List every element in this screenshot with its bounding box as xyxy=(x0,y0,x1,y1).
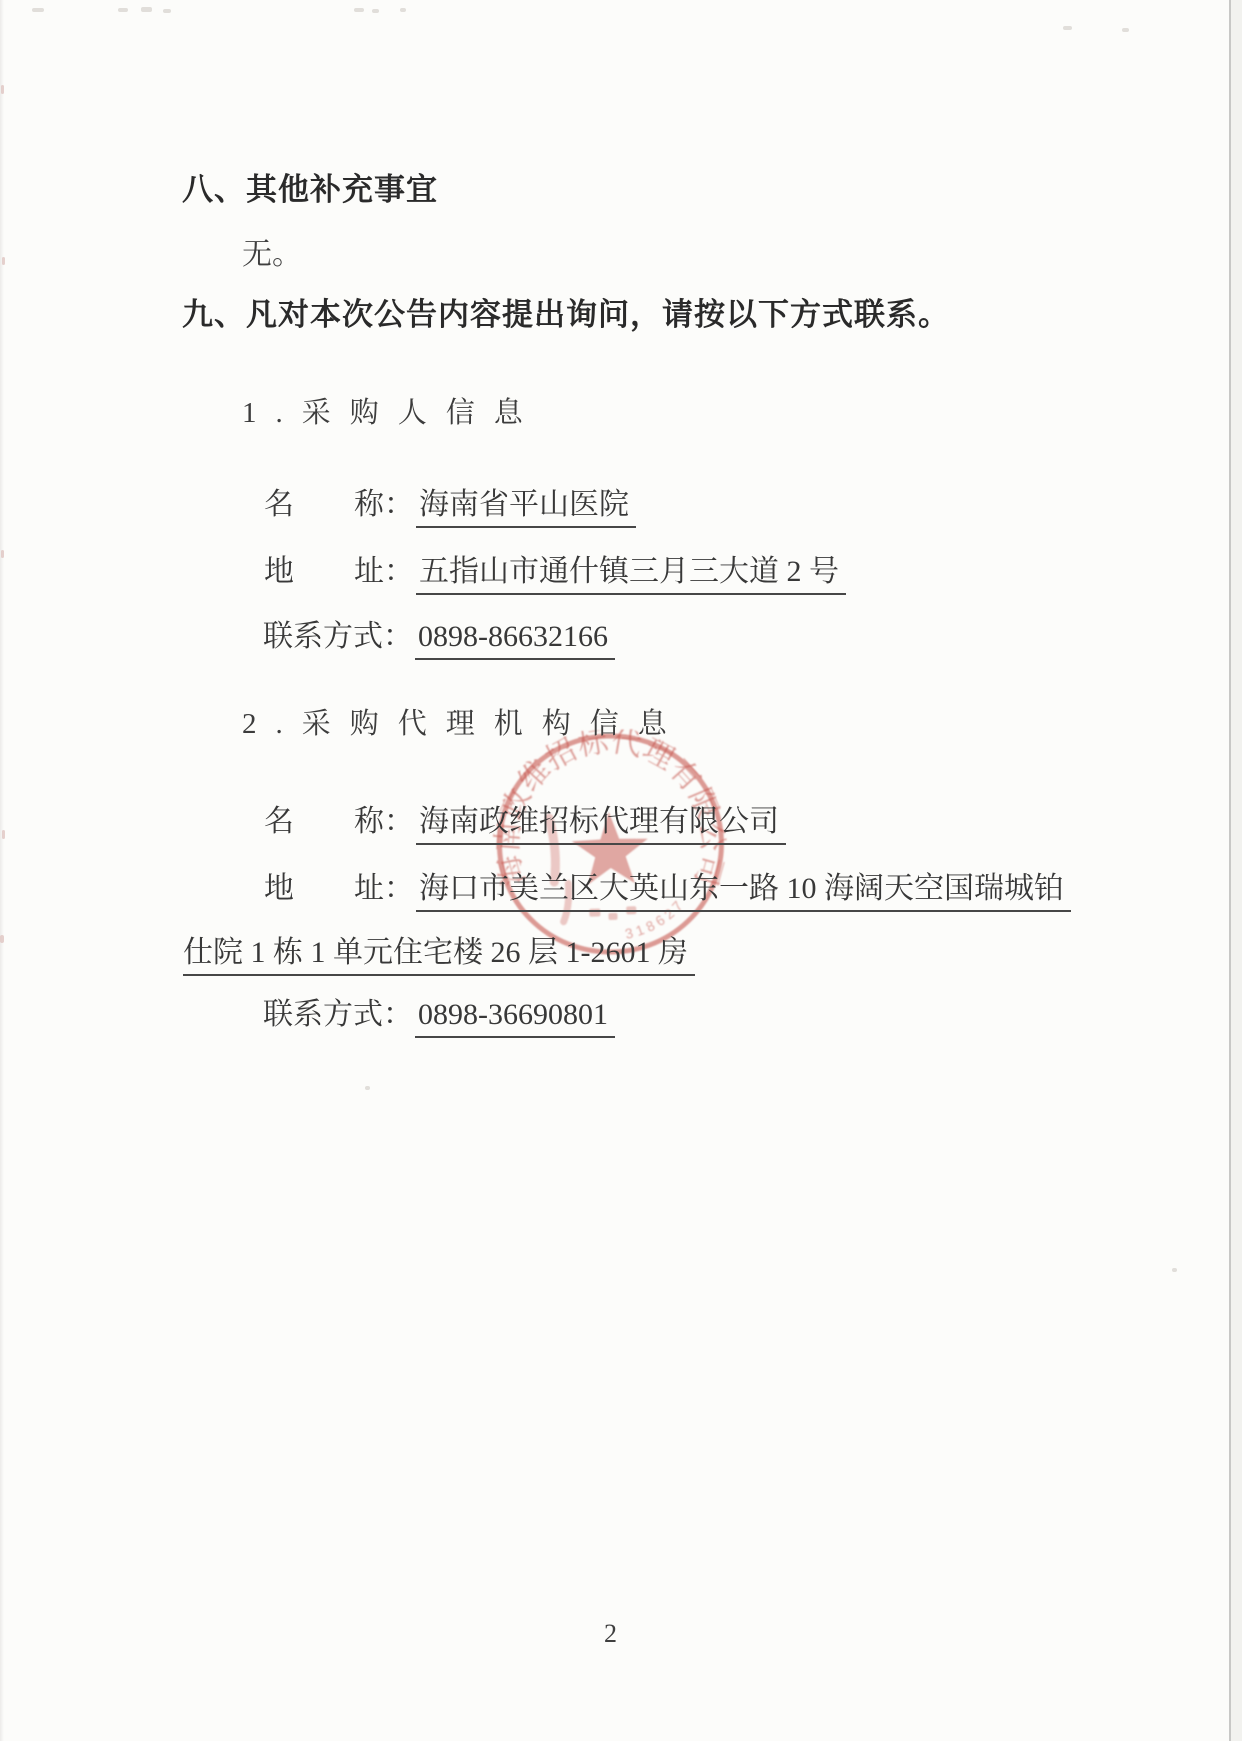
scan-speck xyxy=(2,257,5,265)
scan-speck xyxy=(0,935,4,943)
agency-address-continuation-line: 仕院 1 栋 1 单元住宅楼 26 层 1-2601 房 xyxy=(183,937,695,976)
scan-speck xyxy=(1063,26,1072,30)
purchaser-contact-label: 联系方式： xyxy=(263,621,413,653)
agency-contact-value: 0898-36690801 xyxy=(415,999,615,1038)
scan-speck xyxy=(365,1086,370,1090)
section-nine-heading: 九、凡对本次公告内容提出询问，请按以下方式联系。 xyxy=(182,299,950,332)
agency-address-value-line1: 海口市美兰区大英山东一路 10 海阔天空国瑞城铂 xyxy=(416,873,1071,912)
scan-speck xyxy=(1,85,4,94)
purchaser-contact-value: 0898-86632166 xyxy=(415,621,615,660)
purchaser-address-label: 地 址： xyxy=(264,556,414,588)
agency-contact-label: 联系方式： xyxy=(263,999,413,1031)
agency-name-label: 名 称： xyxy=(264,806,414,838)
scan-speck xyxy=(1,550,4,558)
agency-address-line: 地 址：海口市美兰区大英山东一路 10 海阔天空国瑞城铂 xyxy=(264,873,1071,912)
scan-speck xyxy=(118,8,128,12)
scan-edge-line-right xyxy=(1229,0,1231,1741)
page-number: 2 xyxy=(604,1619,617,1649)
agency-name-value: 海南政维招标代理有限公司 xyxy=(416,806,786,845)
agency-red-seal-graphic: 海南政维招标代理有限公司 318627 xyxy=(489,726,732,964)
purchaser-name-label: 名 称： xyxy=(264,489,414,521)
scanned-document-page: 八、其他补充事宜 无。 九、凡对本次公告内容提出询问，请按以下方式联系。 1.采… xyxy=(0,0,1242,1741)
purchaser-address-line: 地 址：五指山市通什镇三月三大道 2 号 xyxy=(264,556,846,595)
scan-speck xyxy=(354,8,364,12)
scan-speck xyxy=(32,8,44,12)
scan-speck xyxy=(400,8,406,12)
scan-speck xyxy=(1122,28,1129,32)
section-eight-heading: 八、其他补充事宜 xyxy=(182,174,438,207)
purchaser-name-value: 海南省平山医院 xyxy=(416,489,636,528)
section-eight-body: 无。 xyxy=(242,239,302,271)
scan-speck xyxy=(2,830,5,839)
purchaser-contact-line: 联系方式：0898-86632166 xyxy=(263,621,615,660)
purchaser-title: 1.采购人信息 xyxy=(242,398,542,428)
agency-title: 2.采购代理机构信息 xyxy=(242,709,686,739)
scan-band-right xyxy=(1231,0,1242,1741)
scan-speck xyxy=(372,9,379,13)
agency-red-seal: 海南政维招标代理有限公司 318627 xyxy=(489,726,732,964)
agency-contact-line: 联系方式：0898-36690801 xyxy=(263,999,615,1038)
purchaser-address-value: 五指山市通什镇三月三大道 2 号 xyxy=(416,556,846,595)
agency-address-value-line2: 仕院 1 栋 1 单元住宅楼 26 层 1-2601 房 xyxy=(183,937,695,976)
agency-address-label: 地 址： xyxy=(264,873,414,905)
purchaser-name-line: 名 称：海南省平山医院 xyxy=(264,489,636,528)
scan-speck xyxy=(163,9,171,13)
agency-name-line: 名 称：海南政维招标代理有限公司 xyxy=(264,806,786,845)
scan-speck xyxy=(141,7,152,12)
scan-speck xyxy=(1172,1268,1177,1272)
